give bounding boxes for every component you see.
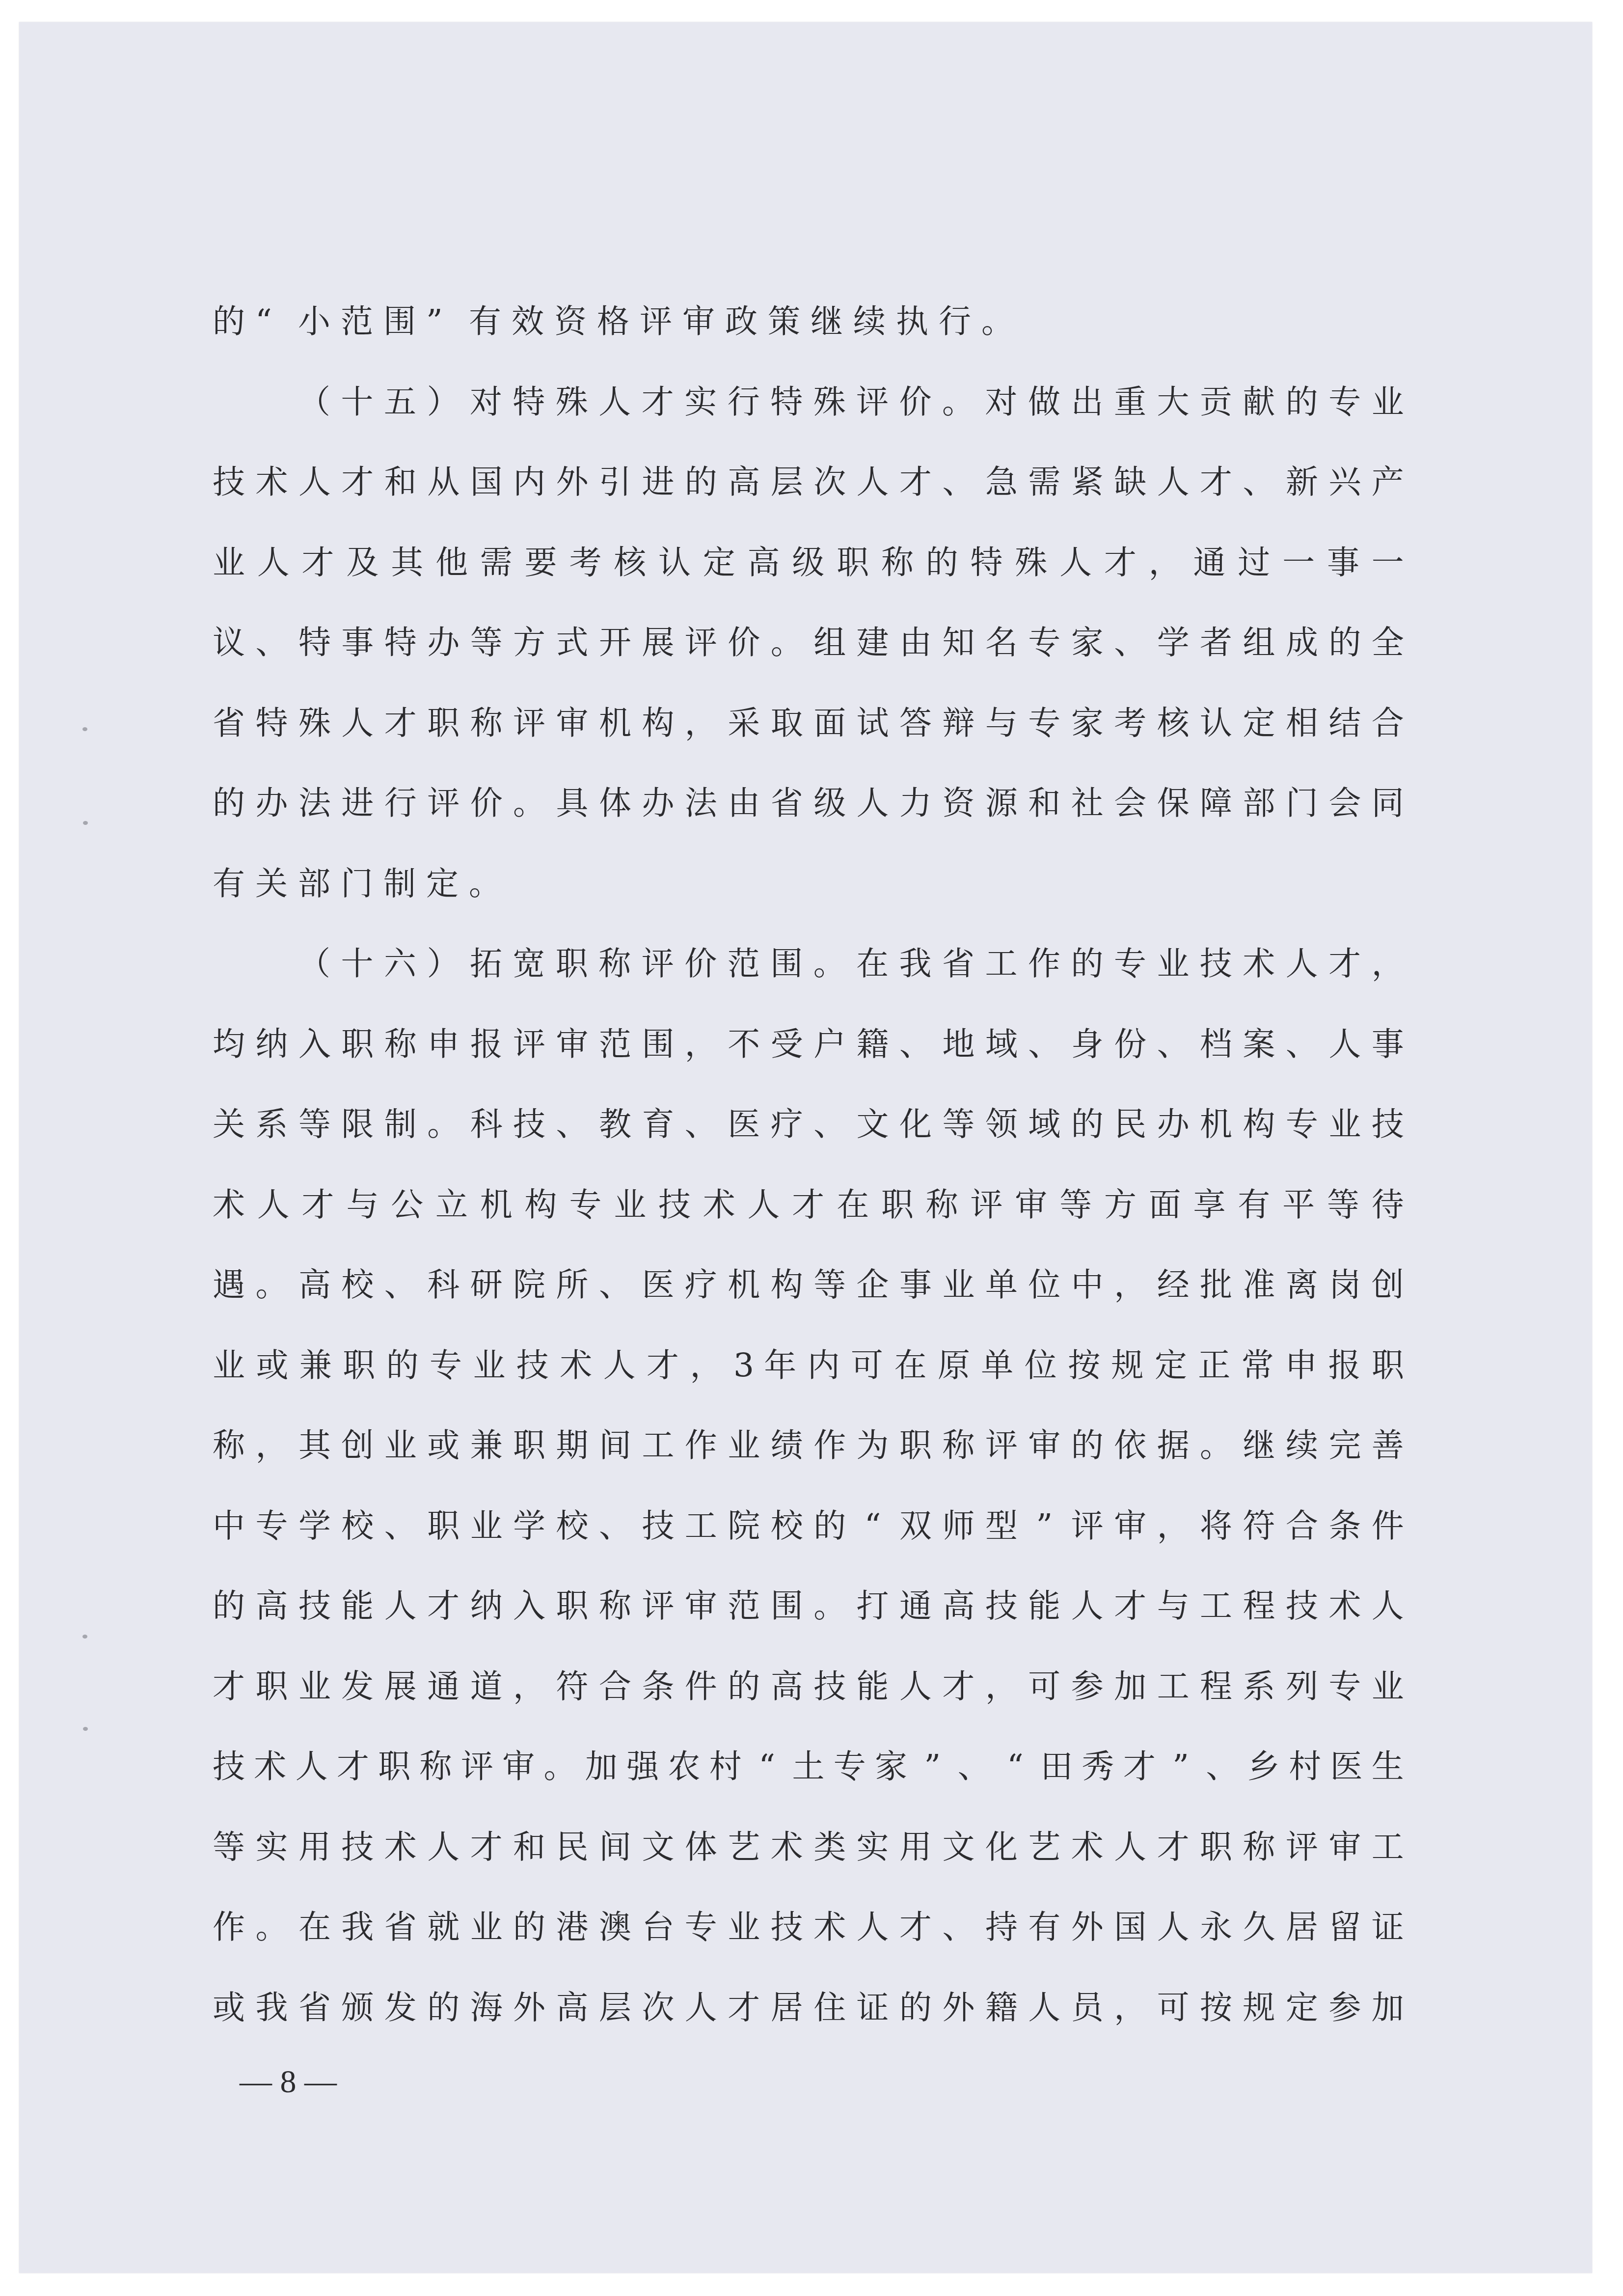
binding-hole-mark bbox=[83, 1727, 88, 1731]
binding-hole-mark bbox=[82, 727, 87, 731]
text-line: 作。在我省就业的港澳台专业技术人才、持有外国人永久居留证 bbox=[213, 1903, 1404, 1952]
text-line: 的高技能人才纳入职称评审范围。打通高技能人才与工程技术人 bbox=[213, 1582, 1404, 1631]
text-line: 等实用技术人才和民间文体艺术类实用文化艺术人才职称评审工 bbox=[213, 1823, 1404, 1872]
text-line: 技术人才和从国内外引进的高层次人才、急需紧缺人才、新兴产 bbox=[213, 458, 1404, 507]
text-line: 省特殊人才职称评审机构，采取面试答辩与专家考核认定相结合 bbox=[213, 699, 1404, 748]
text-line: （十五）对特殊人才实行特殊评价。对做出重大贡献的专业 bbox=[298, 378, 1404, 427]
text-line: （十六）拓宽职称评价范围。在我省工作的专业技术人才， bbox=[298, 939, 1404, 988]
text-line: 有关部门制定。 bbox=[213, 859, 512, 908]
text-line: 业或兼职的专业技术人才，3年内可在原单位按规定正常申报职 bbox=[213, 1341, 1404, 1390]
text-line: 技术人才职称评审。加强农村“土专家”、“田秀才”、乡村医生 bbox=[213, 1742, 1404, 1791]
text-line: 或我省颁发的海外高层次人才居住证的外籍人员，可按规定参加 bbox=[213, 1983, 1404, 2032]
text-line: 称，其创业或兼职期间工作业绩作为职称评审的依据。继续完善 bbox=[213, 1421, 1404, 1470]
text-line: 业人才及其他需要考核认定高级职称的特殊人才，通过一事一 bbox=[213, 538, 1404, 587]
text-line: 关系等限制。科技、教育、医疗、文化等领域的民办机构专业技 bbox=[213, 1100, 1404, 1149]
text-line: 议、特事特办等方式开展评价。组建由知名专家、学者组成的全 bbox=[213, 618, 1404, 667]
text-line: 中专学校、职业学校、技工院校的“双师型”评审，将符合条件 bbox=[213, 1502, 1404, 1551]
text-line: 遇。高校、科研院所、医疗机构等企事业单位中，经批准离岗创 bbox=[213, 1260, 1404, 1310]
text-line: 才职业发展通道，符合条件的高技能人才，可参加工程系列专业 bbox=[213, 1662, 1404, 1711]
binding-hole-mark bbox=[82, 1635, 87, 1639]
text-line: 的“小范围”有效资格评审政策继续执行。 bbox=[213, 297, 1024, 346]
text-line: 的办法进行评价。具体办法由省级人力资源和社会保障部门会同 bbox=[213, 779, 1404, 828]
text-line: 均纳入职称申报评审范围，不受户籍、地域、身份、档案、人事 bbox=[213, 1020, 1404, 1069]
text-line: 术人才与公立机构专业技术人才在职称评审等方面享有平等待 bbox=[213, 1180, 1404, 1230]
page-number: — 8 — bbox=[240, 2065, 337, 2099]
binding-hole-mark bbox=[83, 821, 88, 825]
